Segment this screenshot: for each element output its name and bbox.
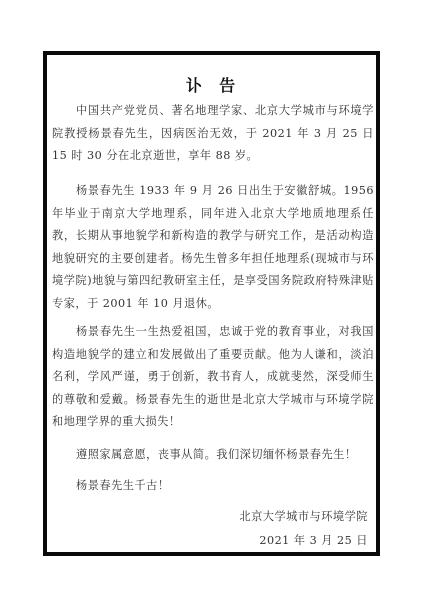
signature-organization: 北京大学城市与环境学院 <box>239 506 368 528</box>
signature-date: 2021 年 3 月 25 日 <box>259 530 368 552</box>
paragraph-announcement: 中国共产党党员、著名地理学家、北京大学城市与环境学院教授杨景春先生，因病医治无效… <box>52 100 374 168</box>
paragraph-biography: 杨景春先生 1933 年 9 月 26 日出生于安徽舒城。1956 年毕业于南京… <box>52 180 374 316</box>
paragraph-farewell: 杨景春先生千古！ <box>52 475 374 498</box>
obituary-title: 讣 告 <box>47 76 376 96</box>
obituary-frame: 讣 告 中国共产党党员、著名地理学家、北京大学城市与环境学院教授杨景春先生，因病… <box>43 51 380 556</box>
paragraph-funeral-note: 遵照家属意愿，丧事从简。我们深切缅怀杨景春先生！ <box>52 444 374 467</box>
paragraph-tribute: 杨景春先生一生热爱祖国，忠诚于党的教育事业，对我国构造地貌学的建立和发展做出了重… <box>52 321 374 434</box>
